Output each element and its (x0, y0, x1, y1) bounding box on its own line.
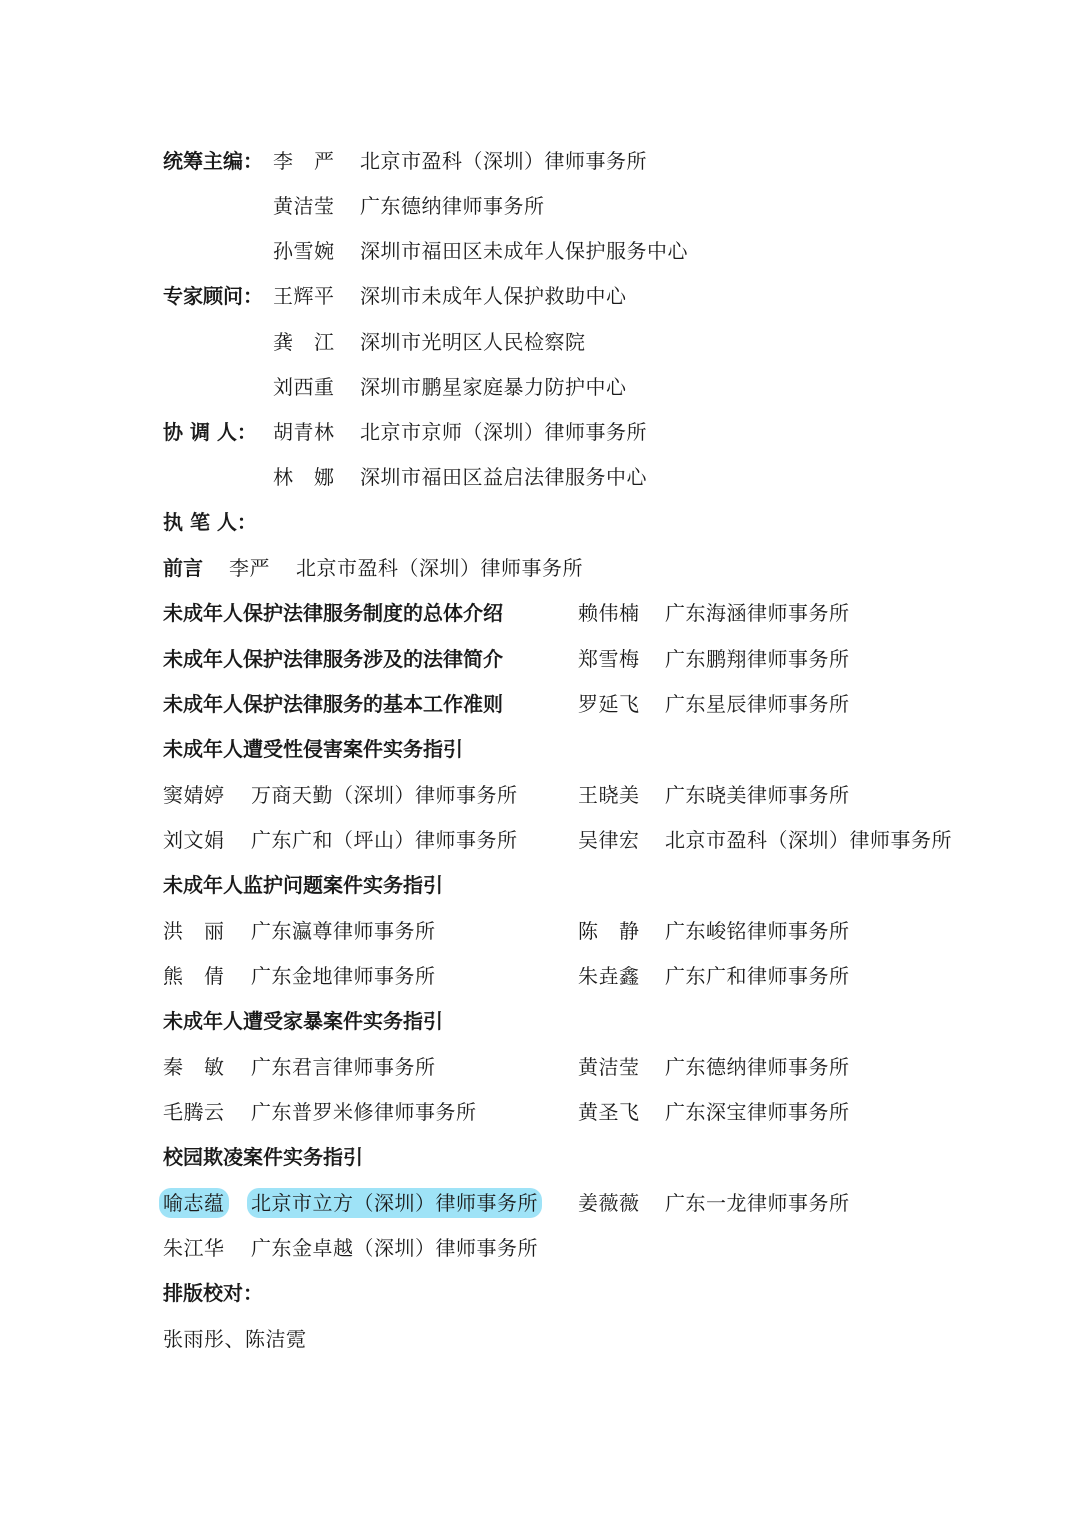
person-org: 广东鹏翔律师事务所 (665, 644, 850, 674)
person-org: 广东德纳律师事务所 (360, 191, 545, 221)
person-name: 秦 敏 (163, 1052, 225, 1082)
person-name: 黄圣飞 (578, 1097, 640, 1127)
person-name: 林 娜 (273, 462, 335, 492)
person-org: 广东星辰律师事务所 (665, 689, 850, 719)
person-org: 广东普罗米修律师事务所 (251, 1097, 477, 1127)
person-name: 朱垚鑫 (578, 961, 640, 991)
person-org: 万商天勤（深圳）律师事务所 (251, 780, 518, 810)
person-name: 洪 丽 (163, 916, 225, 946)
person-name: 罗延飞 (578, 689, 640, 719)
section-title: 未成年人遭受家暴案件实务指引 (163, 1006, 443, 1036)
person-org: 广东一龙律师事务所 (665, 1188, 850, 1218)
person-name: 孙雪婉 (273, 236, 335, 266)
person-org: 北京市盈科（深圳）律师事务所 (296, 553, 583, 583)
person-name: 毛腾云 (163, 1097, 225, 1127)
person-org: 深圳市光明区人民检察院 (360, 327, 586, 357)
person-org: 北京市盈科（深圳）律师事务所 (360, 146, 647, 176)
coordinators-label: 协 调 人： (163, 417, 273, 447)
person-org: 广东深宝律师事务所 (665, 1097, 850, 1127)
person-name: 李严 (229, 553, 270, 583)
document-page: 统筹主编： 李 严 北京市盈科（深圳）律师事务所 黄洁莹 广东德纳律师事务所 孙… (0, 0, 1080, 1527)
person-org: 深圳市未成年人保护救助中心 (360, 281, 627, 311)
person-name: 王晓美 (578, 780, 640, 810)
preface-title: 前言 (163, 553, 203, 583)
person-org: 深圳市鹏星家庭暴力防护中心 (360, 372, 627, 402)
person-org: 广东君言律师事务所 (251, 1052, 436, 1082)
chapter-title: 未成年人保护法律服务涉及的法律简介 (163, 644, 503, 674)
section-title: 校园欺凌案件实务指引 (163, 1142, 363, 1172)
person-name: 窦婧婷 (163, 780, 225, 810)
person-org: 深圳市福田区未成年人保护服务中心 (360, 236, 688, 266)
highlighted-person-name[interactable]: 喻志蕴 (159, 1188, 229, 1218)
person-name: 郑雪梅 (578, 644, 640, 674)
section-title: 未成年人遭受性侵害案件实务指引 (163, 734, 463, 764)
chapter-title: 未成年人保护法律服务制度的总体介绍 (163, 598, 503, 628)
person-name: 朱江华 (163, 1233, 225, 1263)
person-name: 李 严 (273, 146, 335, 176)
person-name: 陈 静 (578, 916, 640, 946)
person-org: 广东晓美律师事务所 (665, 780, 850, 810)
person-org: 北京市京师（深圳）律师事务所 (360, 417, 647, 447)
person-name: 刘西重 (273, 372, 335, 402)
person-org: 北京市盈科（深圳）律师事务所 (665, 825, 952, 855)
person-name: 龚 江 (273, 327, 335, 357)
person-name: 黄洁莹 (273, 191, 335, 221)
person-org: 深圳市福田区益启法律服务中心 (360, 462, 647, 492)
person-name: 胡青林 (273, 417, 335, 447)
typesetting-label: 排版校对： (163, 1278, 263, 1308)
person-name: 赖伟楠 (578, 598, 640, 628)
section-title: 未成年人监护问题案件实务指引 (163, 870, 443, 900)
person-org: 广东广和（坪山）律师事务所 (251, 825, 518, 855)
person-org: 广东德纳律师事务所 (665, 1052, 850, 1082)
person-name: 黄洁莹 (578, 1052, 640, 1082)
person-name: 刘文娟 (163, 825, 225, 855)
person-org: 广东金地律师事务所 (251, 961, 436, 991)
expert-advisors-label: 专家顾问： (163, 281, 273, 311)
person-name: 吴律宏 (578, 825, 640, 855)
person-name: 王辉平 (273, 281, 335, 311)
chapter-title: 未成年人保护法律服务的基本工作准则 (163, 689, 503, 719)
person-org: 广东海涵律师事务所 (665, 598, 850, 628)
person-org: 广东峻铭律师事务所 (665, 916, 850, 946)
person-name: 姜薇薇 (578, 1188, 640, 1218)
person-org: 广东金卓越（深圳）律师事务所 (251, 1233, 538, 1263)
person-org: 广东瀛尊律师事务所 (251, 916, 436, 946)
writers-label: 执 笔 人： (163, 507, 273, 537)
typesetting-names: 张雨彤、陈洁霓 (163, 1324, 307, 1354)
highlighted-person-org[interactable]: 北京市立方（深圳）律师事务所 (247, 1188, 542, 1218)
person-name: 熊 倩 (163, 961, 225, 991)
person-org: 广东广和律师事务所 (665, 961, 850, 991)
chief-editors-label: 统筹主编： (163, 146, 273, 176)
